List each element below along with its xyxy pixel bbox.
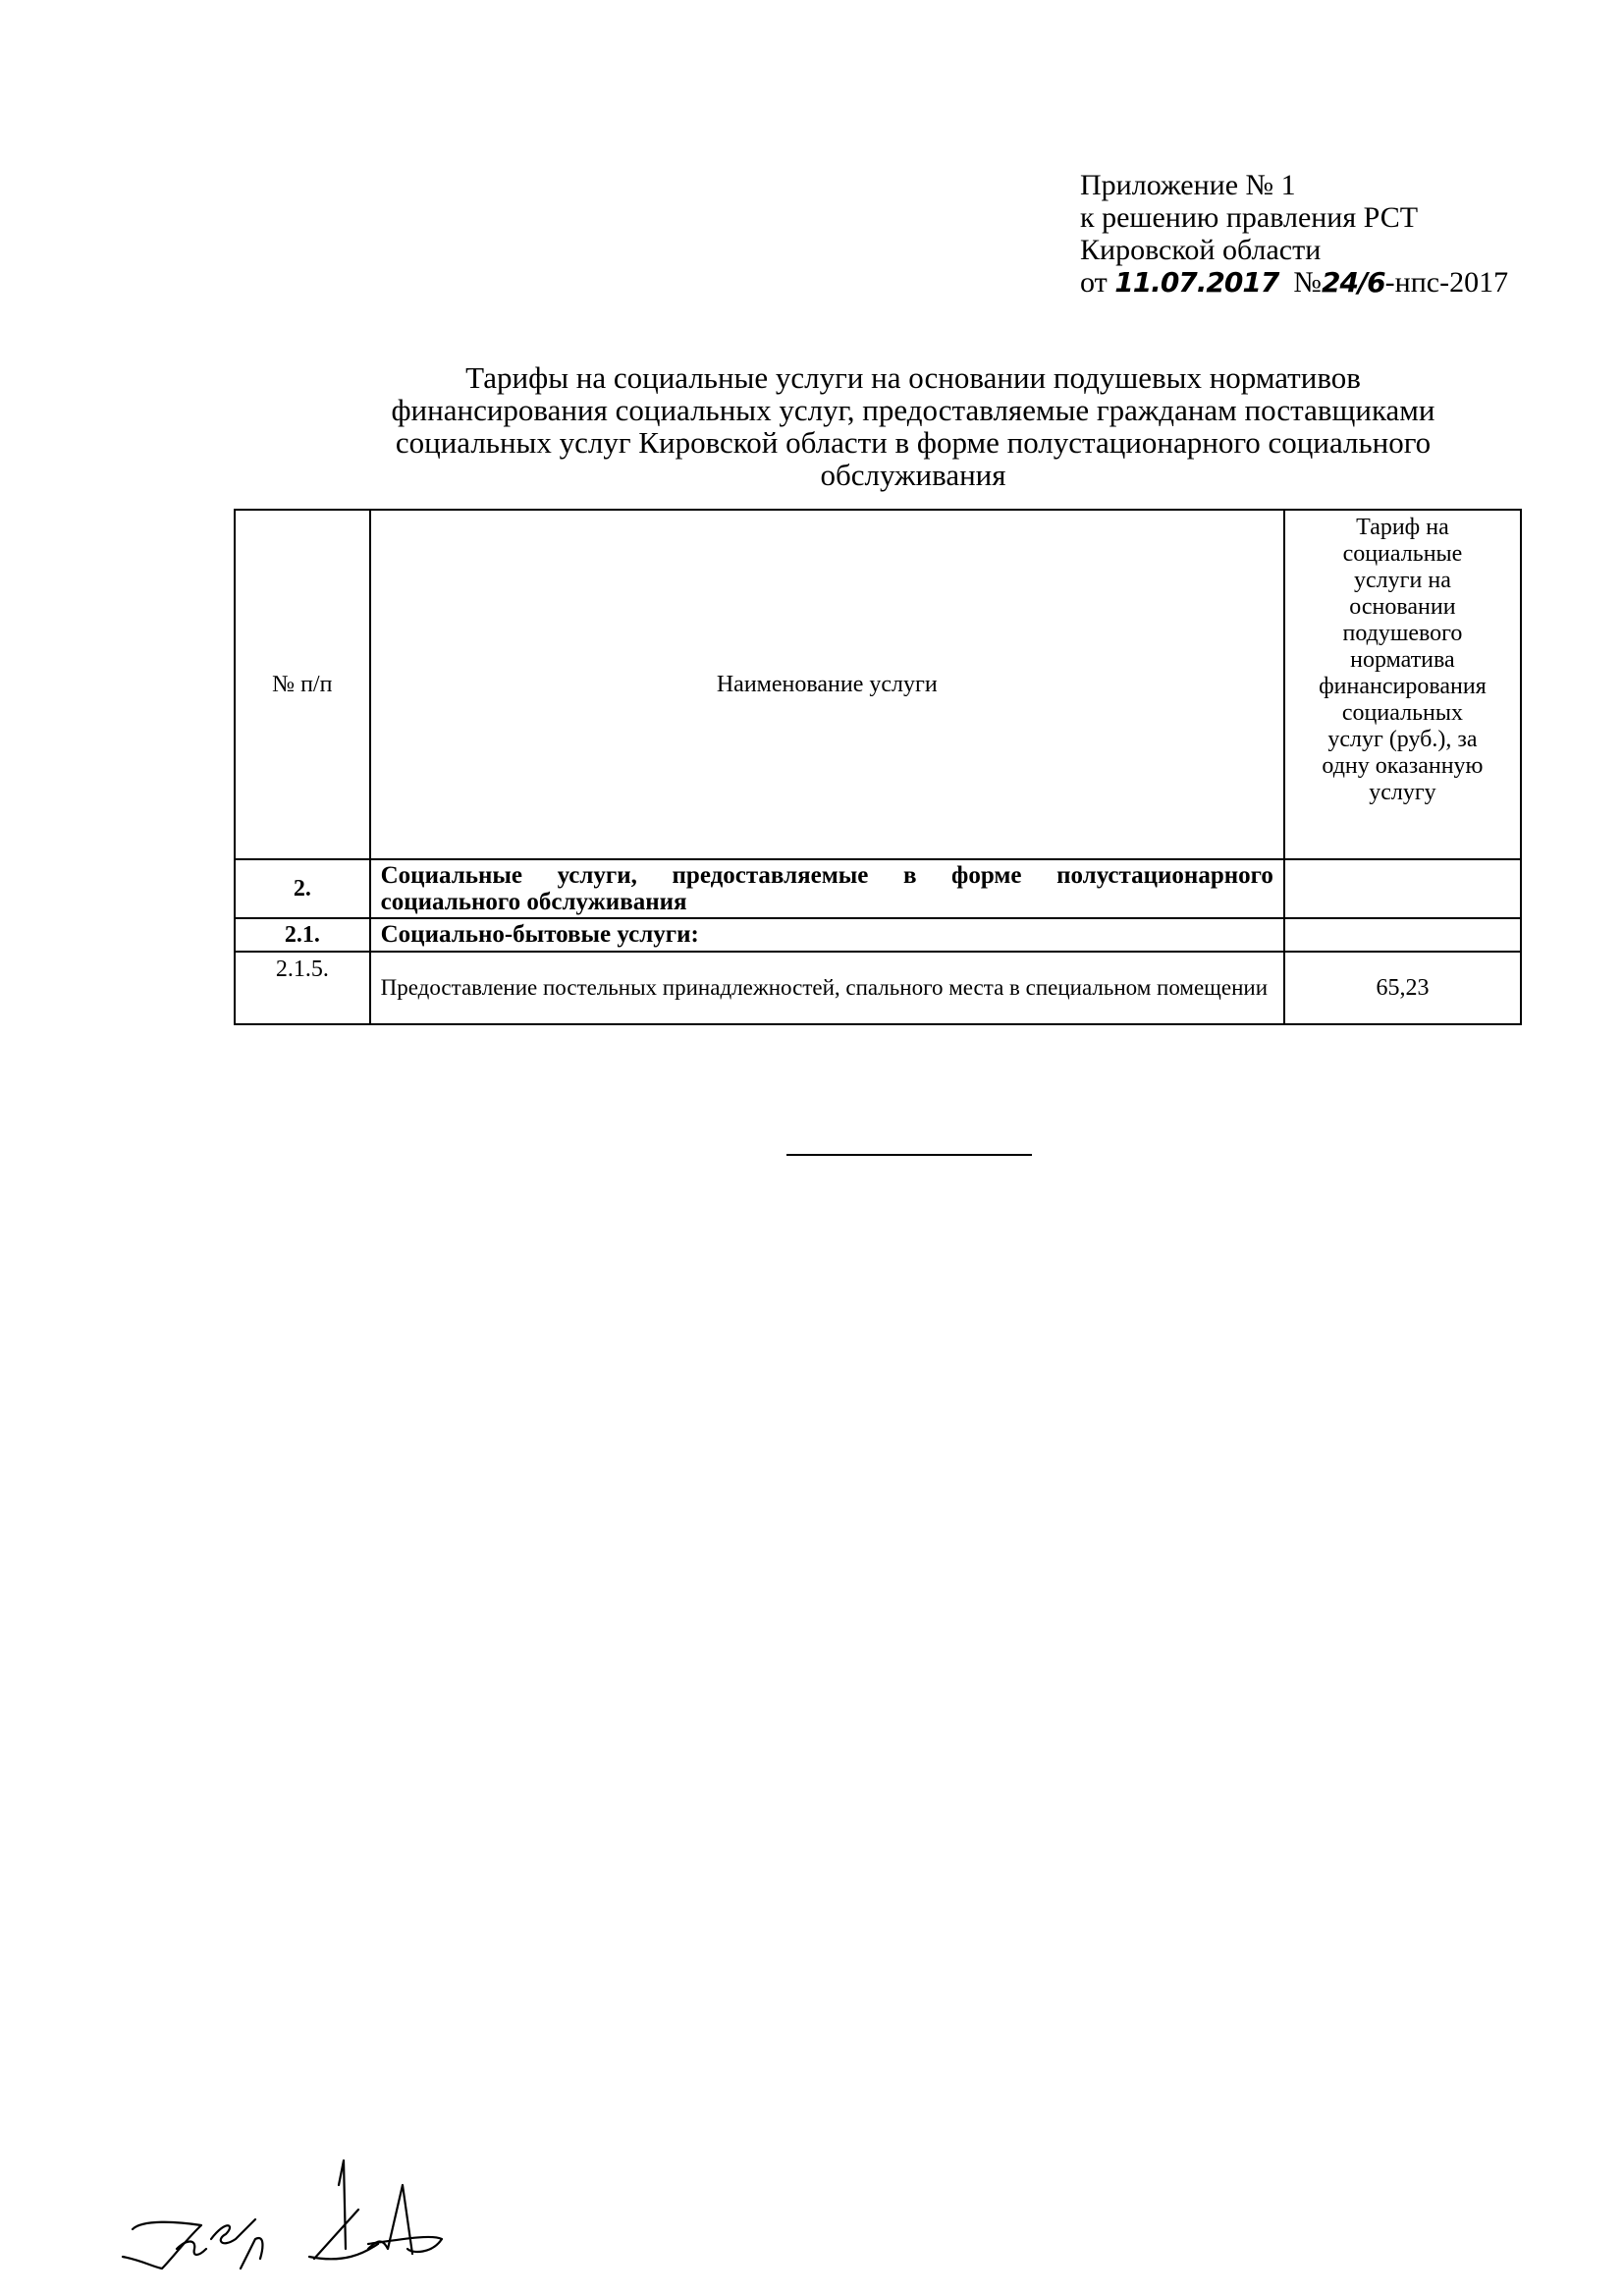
header-tariff-line: услугу	[1285, 780, 1520, 806]
title-line: обслуживания	[295, 459, 1532, 491]
row-num: 2.	[235, 859, 370, 918]
header-tariff-line: Тариф на	[1285, 515, 1520, 541]
table-header-row: № п/п Наименование услуги Тариф насоциал…	[235, 510, 1521, 859]
header-tariff-line: норматива	[1285, 647, 1520, 674]
header-num: № п/п	[235, 510, 370, 859]
handwritten-date: 11.07.2017	[1114, 266, 1278, 299]
appendix-title: Приложение № 1	[1080, 169, 1508, 201]
appendix-decision: к решению правления РСТ	[1080, 201, 1508, 234]
appendix-region: Кировской области	[1080, 234, 1508, 266]
title-line: Тарифы на социальные услуги на основании…	[295, 361, 1532, 394]
row-name: Социальные услуги, предоставляемые в фор…	[370, 859, 1284, 918]
end-separator-line	[786, 1154, 1032, 1156]
row-tariff	[1284, 918, 1521, 952]
document-title: Тарифы на социальные услуги на основании…	[295, 361, 1532, 491]
tariffs-table: № п/п Наименование услуги Тариф насоциал…	[234, 509, 1522, 1025]
header-tariff-line: социальные	[1285, 541, 1520, 568]
row-num: 2.1.	[235, 918, 370, 952]
header-tariff-line: социальных	[1285, 700, 1520, 727]
title-line: социальных услуг Кировской области в фор…	[295, 426, 1532, 459]
table-row: 2.1.5. Предоставление постельных принадл…	[235, 952, 1521, 1024]
number-prefix: №	[1293, 266, 1322, 299]
row-name: Социально-бытовые услуги:	[370, 918, 1284, 952]
header-tariff: Тариф насоциальныеуслуги наоснованииподу…	[1284, 510, 1521, 859]
row-tariff	[1284, 859, 1521, 918]
date-prefix: от	[1080, 266, 1108, 299]
number-suffix: -нпс-2017	[1385, 266, 1508, 299]
row-name: Предоставление постельных принадлежносте…	[370, 952, 1284, 1024]
header-tariff-line: основании	[1285, 594, 1520, 621]
header-tariff-line: подушевого	[1285, 621, 1520, 647]
signature	[118, 2141, 452, 2288]
header-tariff-line: одну оказанную	[1285, 753, 1520, 780]
table-row: 2.1. Социально-бытовые услуги:	[235, 918, 1521, 952]
header-tariff-line: услуг (руб.), за	[1285, 727, 1520, 753]
row-tariff: 65,23	[1284, 952, 1521, 1024]
signature-icon	[118, 2141, 452, 2288]
appendix-header: Приложение № 1 к решению правления РСТ К…	[1080, 169, 1508, 299]
header-tariff-line: услуги на	[1285, 568, 1520, 594]
table-row: 2. Социальные услуги, предоставляемые в …	[235, 859, 1521, 918]
handwritten-number: 24/6	[1322, 266, 1385, 299]
header-name: Наименование услуги	[370, 510, 1284, 859]
row-num: 2.1.5.	[235, 952, 370, 1024]
title-line: финансирования социальных услуг, предост…	[295, 394, 1532, 426]
appendix-date-number: от 11.07.2017 №24/6-нпс-2017	[1080, 266, 1508, 299]
header-tariff-line: финансирования	[1285, 674, 1520, 700]
